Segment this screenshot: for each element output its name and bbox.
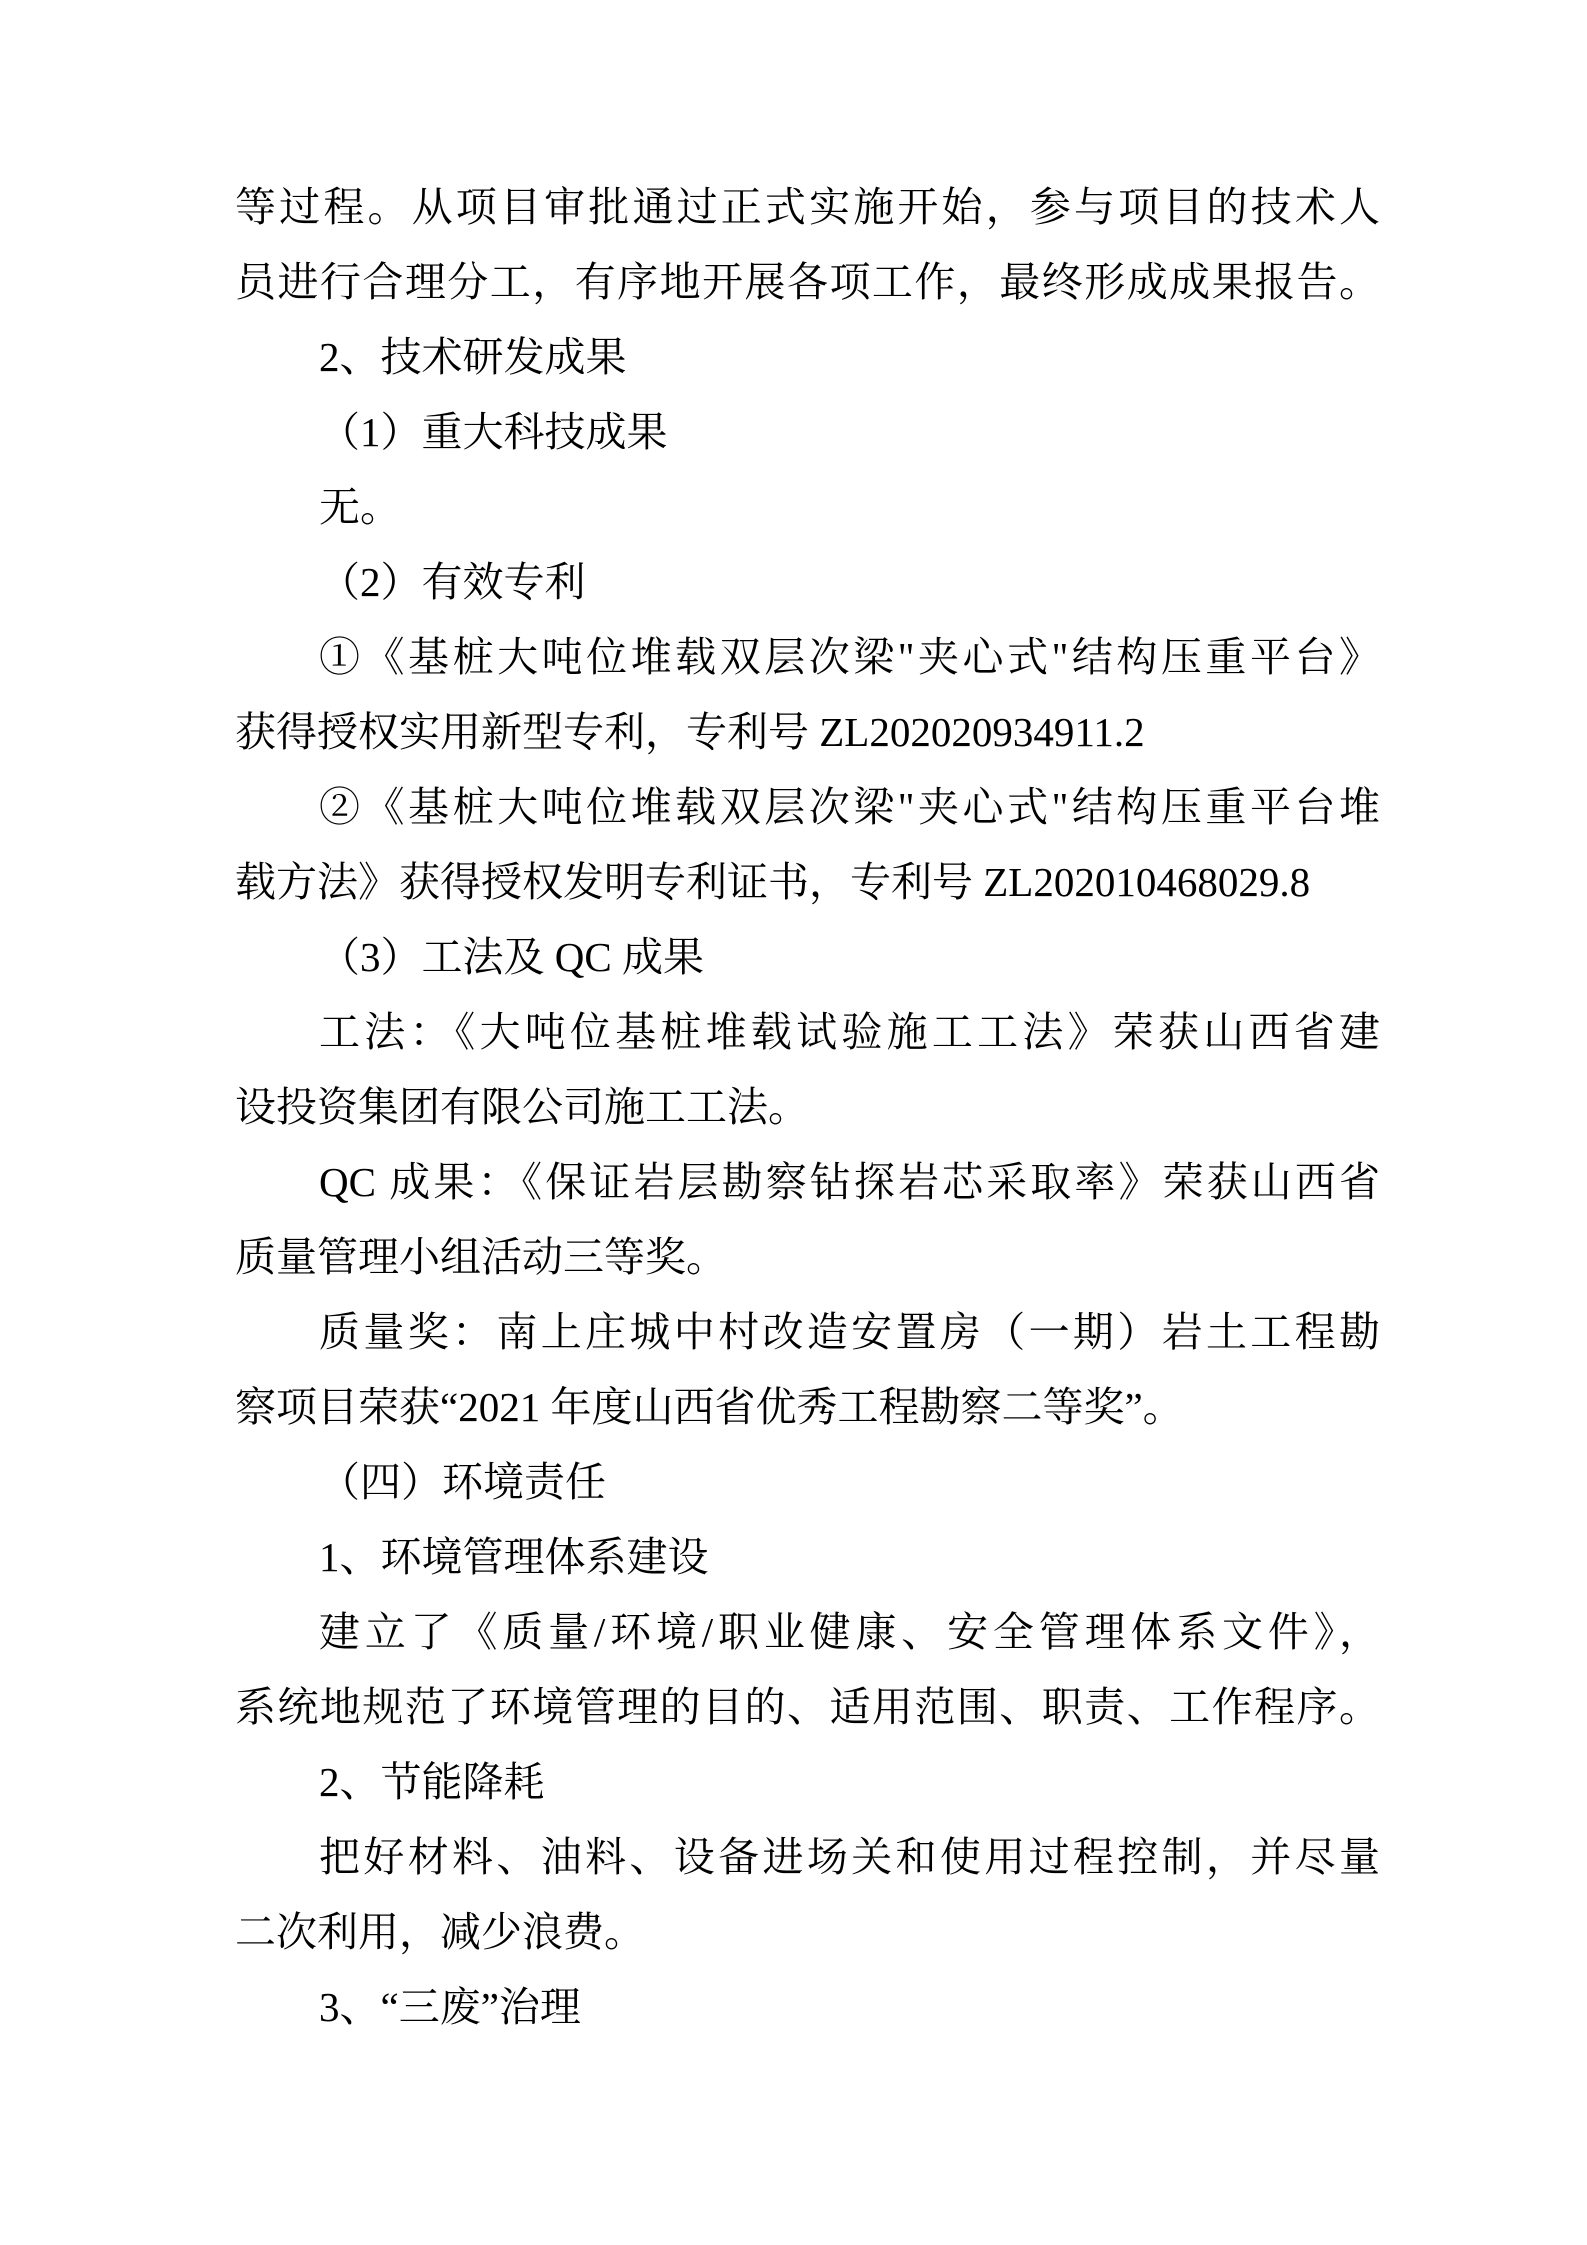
text-line: 把好材料、油料、设备进场关和使用过程控制，并尽量 <box>235 1820 1380 1895</box>
text-line: QC 成果：《保证岩层勘察钻探岩芯采取率》荣获山西省 <box>235 1145 1380 1220</box>
text-line: 等过程。从项目审批通过正式实施开始，参与项目的技术人 <box>235 170 1380 245</box>
document-page: 等过程。从项目审批通过正式实施开始，参与项目的技术人员进行合理分工，有序地开展各… <box>0 0 1587 2245</box>
text-line: （四）环境责任 <box>235 1445 1380 1520</box>
text-line: 质量管理小组活动三等奖。 <box>235 1220 1380 1295</box>
text-line: 载方法》获得授权发明专利证书，专利号 ZL202010468029.8 <box>235 845 1380 920</box>
text-line: 察项目荣获“2021 年度山西省优秀工程勘察二等奖”。 <box>235 1370 1380 1445</box>
document-body: 等过程。从项目审批通过正式实施开始，参与项目的技术人员进行合理分工，有序地开展各… <box>235 170 1380 2045</box>
text-line: （2）有效专利 <box>235 545 1380 620</box>
text-line: 设投资集团有限公司施工工法。 <box>235 1070 1380 1145</box>
text-line: 2、技术研发成果 <box>235 320 1380 395</box>
text-line: 获得授权实用新型专利，专利号 ZL202020934911.2 <box>235 695 1380 770</box>
text-line: 2、节能降耗 <box>235 1745 1380 1820</box>
text-line: 1、环境管理体系建设 <box>235 1520 1380 1595</box>
text-line: ①《基桩大吨位堆载双层次梁"夹心式"结构压重平台》 <box>235 620 1380 695</box>
text-line: （3）工法及 QC 成果 <box>235 920 1380 995</box>
text-line: 3、“三废”治理 <box>235 1970 1380 2045</box>
text-line: 系统地规范了环境管理的目的、适用范围、职责、工作程序。 <box>235 1670 1380 1745</box>
text-line: 建立了《质量/环境/职业健康、安全管理体系文件》， <box>235 1595 1380 1670</box>
text-line: （1）重大科技成果 <box>235 395 1380 470</box>
text-line: 二次利用，减少浪费。 <box>235 1895 1380 1970</box>
text-line: 无。 <box>235 470 1380 545</box>
text-line: 质量奖：南上庄城中村改造安置房（一期）岩土工程勘 <box>235 1295 1380 1370</box>
text-line: ②《基桩大吨位堆载双层次梁"夹心式"结构压重平台堆 <box>235 770 1380 845</box>
text-line: 员进行合理分工，有序地开展各项工作，最终形成成果报告。 <box>235 245 1380 320</box>
text-line: 工法：《大吨位基桩堆载试验施工工法》荣获山西省建 <box>235 995 1380 1070</box>
